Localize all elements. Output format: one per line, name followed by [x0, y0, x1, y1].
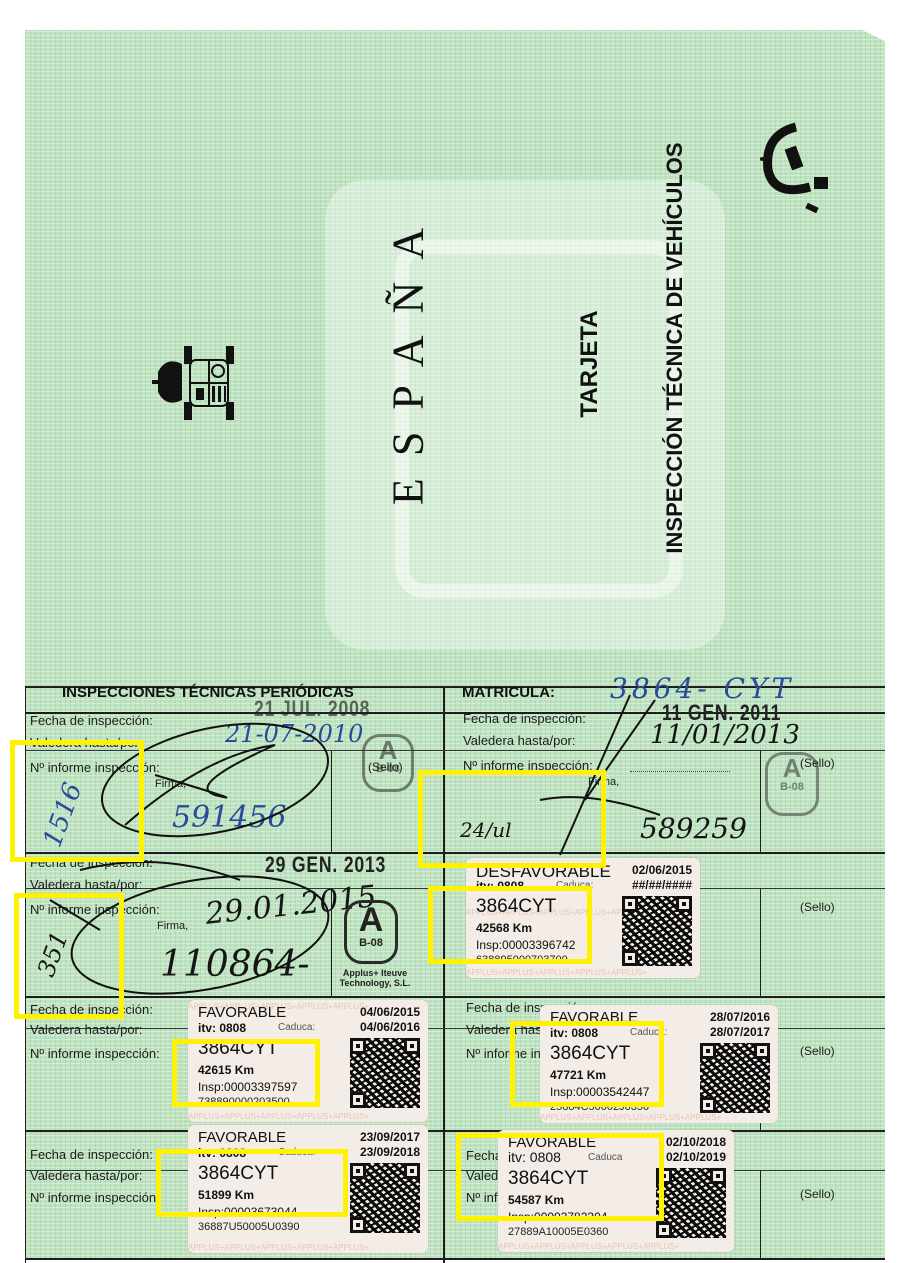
highlight-box — [10, 740, 144, 862]
coat-of-arms-icon — [152, 342, 244, 424]
sticker-serial: 36887U50005U0390 — [198, 1221, 300, 1233]
card-title-line1: TARJETA — [576, 294, 604, 434]
sticker-date: 23/09/2017 — [360, 1130, 420, 1144]
sello-label: (Sello) — [800, 1187, 835, 1201]
highlight-box — [456, 1133, 664, 1221]
sello-stamp: A B-08 — [765, 752, 819, 816]
sticker-itv: itv: 0808 — [198, 1021, 246, 1035]
qr-code-icon — [656, 1168, 726, 1238]
country-title: ESPAÑA — [383, 206, 434, 506]
highlight-box — [14, 893, 124, 1019]
qr-code-icon — [350, 1163, 420, 1233]
highlight-box — [172, 1039, 320, 1107]
sticker-expiry: 23/09/2018 — [360, 1145, 420, 1159]
seal-company: Applus+ Iteuve Technology, S.L. — [335, 968, 415, 988]
card-title-line2: INSPECCIÓN TÉCNICA DE VEHÍCULOS — [662, 113, 688, 583]
sticker-result: FAVORABLE — [198, 1004, 286, 1021]
sticker-expiry: 02/10/2019 — [666, 1150, 726, 1164]
sticker-expiry: ##/##/#### — [632, 878, 692, 892]
sticker-date: 28/07/2016 — [710, 1010, 770, 1024]
qr-code-icon — [700, 1043, 770, 1113]
folded-corner — [755, 30, 885, 48]
sticker-expiry: 04/06/2016 — [360, 1020, 420, 1034]
informe-label: Nº informe inspección: — [30, 1046, 160, 1061]
fecha-label: Fecha de inspección: — [30, 1147, 153, 1162]
highlight-box — [510, 1021, 664, 1107]
sticker-date: 02/06/2015 — [632, 863, 692, 877]
valedera-label: Valedera hasta/por: — [30, 1168, 143, 1183]
highlight-box — [418, 770, 606, 868]
sticker-expiry: 28/07/2017 — [710, 1025, 770, 1039]
sello-label: (Sello) — [800, 900, 835, 914]
sello-stamp: A B-08 — [362, 734, 414, 792]
valedera-label: Valedera hasta/por: — [30, 1022, 143, 1037]
qr-code-icon — [350, 1038, 420, 1108]
qr-code-icon — [622, 896, 692, 966]
sticker-serial: 27889A10005E0360 — [508, 1226, 608, 1238]
highlight-box — [428, 886, 592, 964]
sello-label: (Sello) — [800, 1044, 835, 1058]
ink-stamp-icon — [758, 115, 838, 225]
sticker-caduca: Caduca: — [278, 1022, 315, 1033]
highlight-box — [156, 1149, 348, 1217]
sello-stamp: A B-08 — [344, 900, 398, 964]
informe-label: Nº informe inspección: — [30, 1190, 160, 1205]
sticker-date: 04/06/2015 — [360, 1005, 420, 1019]
sticker-result: FAVORABLE — [198, 1129, 286, 1146]
sticker-date: 02/10/2018 — [666, 1135, 726, 1149]
